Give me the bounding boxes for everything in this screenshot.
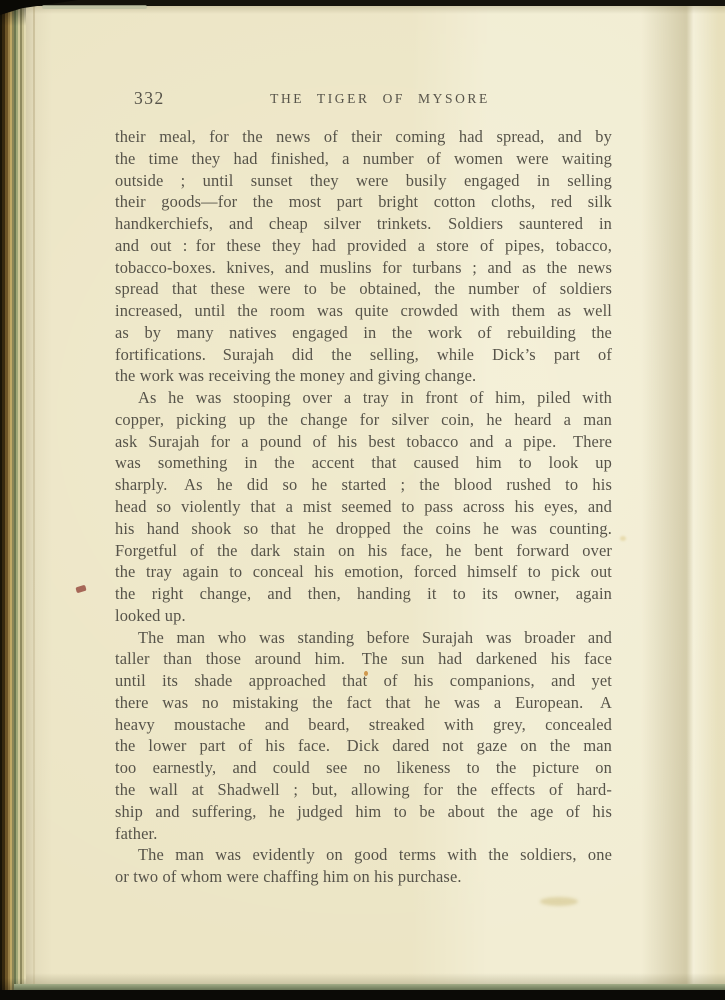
text-line: copper, picking up the change for silver… (115, 409, 612, 431)
page-header: 332 THE TIGER OF MYSORE (0, 88, 725, 114)
text-line: As he was stooping over a tray in front … (115, 387, 612, 409)
text-line: looked up. (115, 605, 612, 627)
foxing-spot (364, 671, 368, 676)
text-line: Forgetful of the dark stain on his face,… (115, 540, 612, 562)
text-line: or two of whom were chaffing him on his … (115, 866, 612, 888)
text-line: their goods—for the most part bright cot… (115, 191, 612, 213)
book-binding-left-edge (0, 0, 26, 1000)
running-title: THE TIGER OF MYSORE (258, 91, 502, 107)
text-line: spread that these were to be obtained, t… (115, 278, 612, 300)
text-line: the lower part of his face. Dick dared n… (115, 735, 612, 757)
body-text: their meal, for the news of their coming… (115, 126, 612, 888)
photo-edge-bottom (0, 990, 725, 1000)
foxing-spot (620, 536, 626, 541)
text-line: The man who was standing before Surajah … (115, 627, 612, 649)
page-edge-sliver (42, 5, 147, 9)
text-line: the wall at Shadwell ; but, allowing for… (115, 779, 612, 801)
text-line: the tray again to conceal his emotion, f… (115, 561, 612, 583)
text-line: head so violently that a mist seemed to … (115, 496, 612, 518)
text-line: increased, until the room was quite crow… (115, 300, 612, 322)
text-line: the right change, and then, handing it t… (115, 583, 612, 605)
text-line: there was no mistaking the fact that he … (115, 692, 612, 714)
text-line: their meal, for the news of their coming… (115, 126, 612, 148)
text-line: father. (115, 823, 612, 845)
text-line: ship and suffering, he judged him to be … (115, 801, 612, 823)
scanned-book-page: 332 THE TIGER OF MYSORE their meal, for … (0, 0, 725, 1000)
text-line: tobacco-boxes. knives, and muslins for t… (115, 257, 612, 279)
text-line: The man was evidently on good terms with… (115, 844, 612, 866)
page-number: 332 (134, 88, 165, 109)
text-line: taller than those around him. The sun ha… (115, 648, 612, 670)
foxing-smudge (540, 897, 578, 906)
text-line: the work was receiving the money and giv… (115, 365, 612, 387)
text-line: outside ; until sunset they were busily … (115, 170, 612, 192)
text-line: his hand shook so that he dropped the co… (115, 518, 612, 540)
text-line: and out : for these they had provided a … (115, 235, 612, 257)
text-line: too earnestly, and could see no likeness… (115, 757, 612, 779)
text-line: the time they had finished, a number of … (115, 148, 612, 170)
text-line: was something in the accent that caused … (115, 452, 612, 474)
text-line: as by many natives engaged in the work o… (115, 322, 612, 344)
text-line: sharply. As he did so he started ; the b… (115, 474, 612, 496)
text-line: handkerchiefs, and cheap silver trinkets… (115, 213, 612, 235)
text-line: fortifications. Surajah did the selling,… (115, 344, 612, 366)
text-line: heavy moustache and beard, streaked with… (115, 714, 612, 736)
text-line: ask Surajah for a pound of his best toba… (115, 431, 612, 453)
